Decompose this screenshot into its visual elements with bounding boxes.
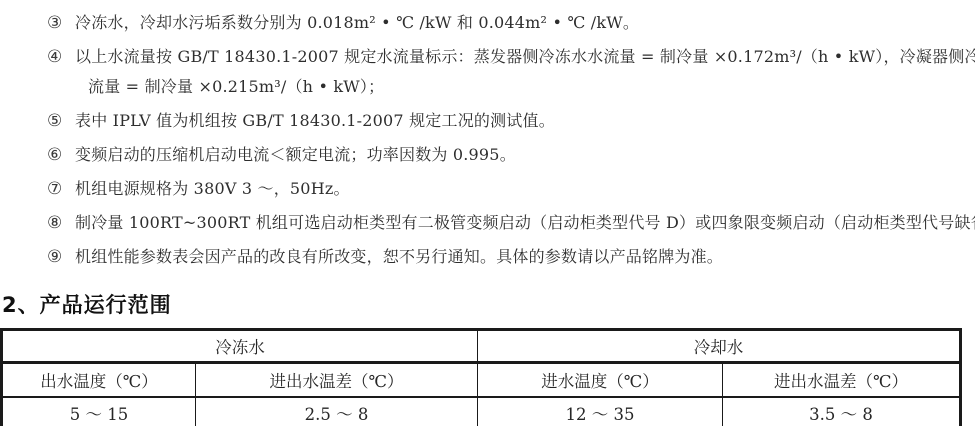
table-value-cell: 3.5 ～ 8 bbox=[723, 397, 961, 426]
table-header-row: 出水温度（℃）进出水温差（℃）进水温度（℃）进出水温差（℃） bbox=[2, 363, 961, 398]
operating-range-table-body: 冷冻水冷却水出水温度（℃）进出水温差（℃）进水温度（℃）进出水温差（℃）5 ～ … bbox=[2, 330, 961, 426]
note-number: ③ bbox=[47, 8, 75, 38]
operating-range-table: 冷冻水冷却水出水温度（℃）进出水温差（℃）进水温度（℃）进出水温差（℃）5 ～ … bbox=[0, 328, 962, 426]
note-item: ③冷冻水，冷却水污垢系数分别为 0.018m² • ℃ /kW 和 0.044m… bbox=[47, 8, 967, 38]
note-line: 机组电源规格为 380V 3 ～，50Hz。 bbox=[75, 174, 350, 204]
table-header-cell: 进出水温差（℃） bbox=[723, 363, 961, 398]
notes-list: ③冷冻水，冷却水污垢系数分别为 0.018m² • ℃ /kW 和 0.044m… bbox=[0, 0, 975, 272]
note-text: 以上水流量按 GB/T 18430.1-2007 规定水流量标示：蒸发器侧冷冻水… bbox=[75, 42, 975, 102]
note-text: 机组性能参数表会因产品的改良有所改变，恕不另行通知。具体的参数请以产品铭牌为准。 bbox=[75, 242, 723, 272]
note-number: ⑦ bbox=[47, 174, 75, 204]
note-line: 流量 = 制冷量 ×0.215m³/（h • kW）； bbox=[75, 72, 975, 102]
note-number: ⑥ bbox=[47, 140, 75, 170]
table-value-row: 5 ～ 152.5 ～ 812 ～ 353.5 ～ 8 bbox=[2, 397, 961, 426]
section-heading: 2、产品运行范围 bbox=[2, 289, 975, 319]
note-number: ⑤ bbox=[47, 106, 75, 136]
note-item: ⑦机组电源规格为 380V 3 ～，50Hz。 bbox=[47, 174, 967, 204]
table-value-cell: 5 ～ 15 bbox=[2, 397, 196, 426]
table-header-cell: 进水温度（℃） bbox=[478, 363, 723, 398]
note-item: ⑨机组性能参数表会因产品的改良有所改变，恕不另行通知。具体的参数请以产品铭牌为准… bbox=[47, 242, 967, 272]
table-header-cell: 出水温度（℃） bbox=[2, 363, 196, 398]
note-text: 冷冻水，冷却水污垢系数分别为 0.018m² • ℃ /kW 和 0.044m²… bbox=[75, 8, 639, 38]
document-page: ③冷冻水，冷却水污垢系数分别为 0.018m² • ℃ /kW 和 0.044m… bbox=[0, 0, 975, 426]
table-group-header-cell: 冷却水 bbox=[478, 330, 961, 363]
table-group-header-row: 冷冻水冷却水 bbox=[2, 330, 961, 363]
note-item: ⑥变频启动的压缩机启动电流＜额定电流；功率因数为 0.995。 bbox=[47, 140, 967, 170]
note-text: 变频启动的压缩机启动电流＜额定电流；功率因数为 0.995。 bbox=[75, 140, 516, 170]
table-value-cell: 12 ～ 35 bbox=[478, 397, 723, 426]
note-line: 变频启动的压缩机启动电流＜额定电流；功率因数为 0.995。 bbox=[75, 140, 516, 170]
note-text: 机组电源规格为 380V 3 ～，50Hz。 bbox=[75, 174, 350, 204]
note-number: ⑧ bbox=[47, 208, 75, 238]
note-line: 机组性能参数表会因产品的改良有所改变，恕不另行通知。具体的参数请以产品铭牌为准。 bbox=[75, 242, 723, 272]
note-text: 表中 IPLV 值为机组按 GB/T 18430.1-2007 规定工况的测试值… bbox=[75, 106, 555, 136]
table-group-header-cell: 冷冻水 bbox=[2, 330, 478, 363]
note-text: 制冷量 100RT~300RT 机组可选启动柜类型有二极管变频启动（启动柜类型代… bbox=[75, 208, 975, 238]
note-line: 以上水流量按 GB/T 18430.1-2007 规定水流量标示：蒸发器侧冷冻水… bbox=[75, 42, 975, 72]
note-line: 表中 IPLV 值为机组按 GB/T 18430.1-2007 规定工况的测试值… bbox=[75, 106, 555, 136]
note-item: ⑧制冷量 100RT~300RT 机组可选启动柜类型有二极管变频启动（启动柜类型… bbox=[47, 208, 967, 238]
table-value-cell: 2.5 ～ 8 bbox=[196, 397, 478, 426]
note-number: ⑨ bbox=[47, 242, 75, 272]
table-header-cell: 进出水温差（℃） bbox=[196, 363, 478, 398]
note-item: ⑤表中 IPLV 值为机组按 GB/T 18430.1-2007 规定工况的测试… bbox=[47, 106, 967, 136]
note-number: ④ bbox=[47, 42, 75, 72]
note-item: ④以上水流量按 GB/T 18430.1-2007 规定水流量标示：蒸发器侧冷冻… bbox=[47, 42, 967, 102]
note-line: 制冷量 100RT~300RT 机组可选启动柜类型有二极管变频启动（启动柜类型代… bbox=[75, 208, 975, 238]
note-line: 冷冻水，冷却水污垢系数分别为 0.018m² • ℃ /kW 和 0.044m²… bbox=[75, 8, 639, 38]
